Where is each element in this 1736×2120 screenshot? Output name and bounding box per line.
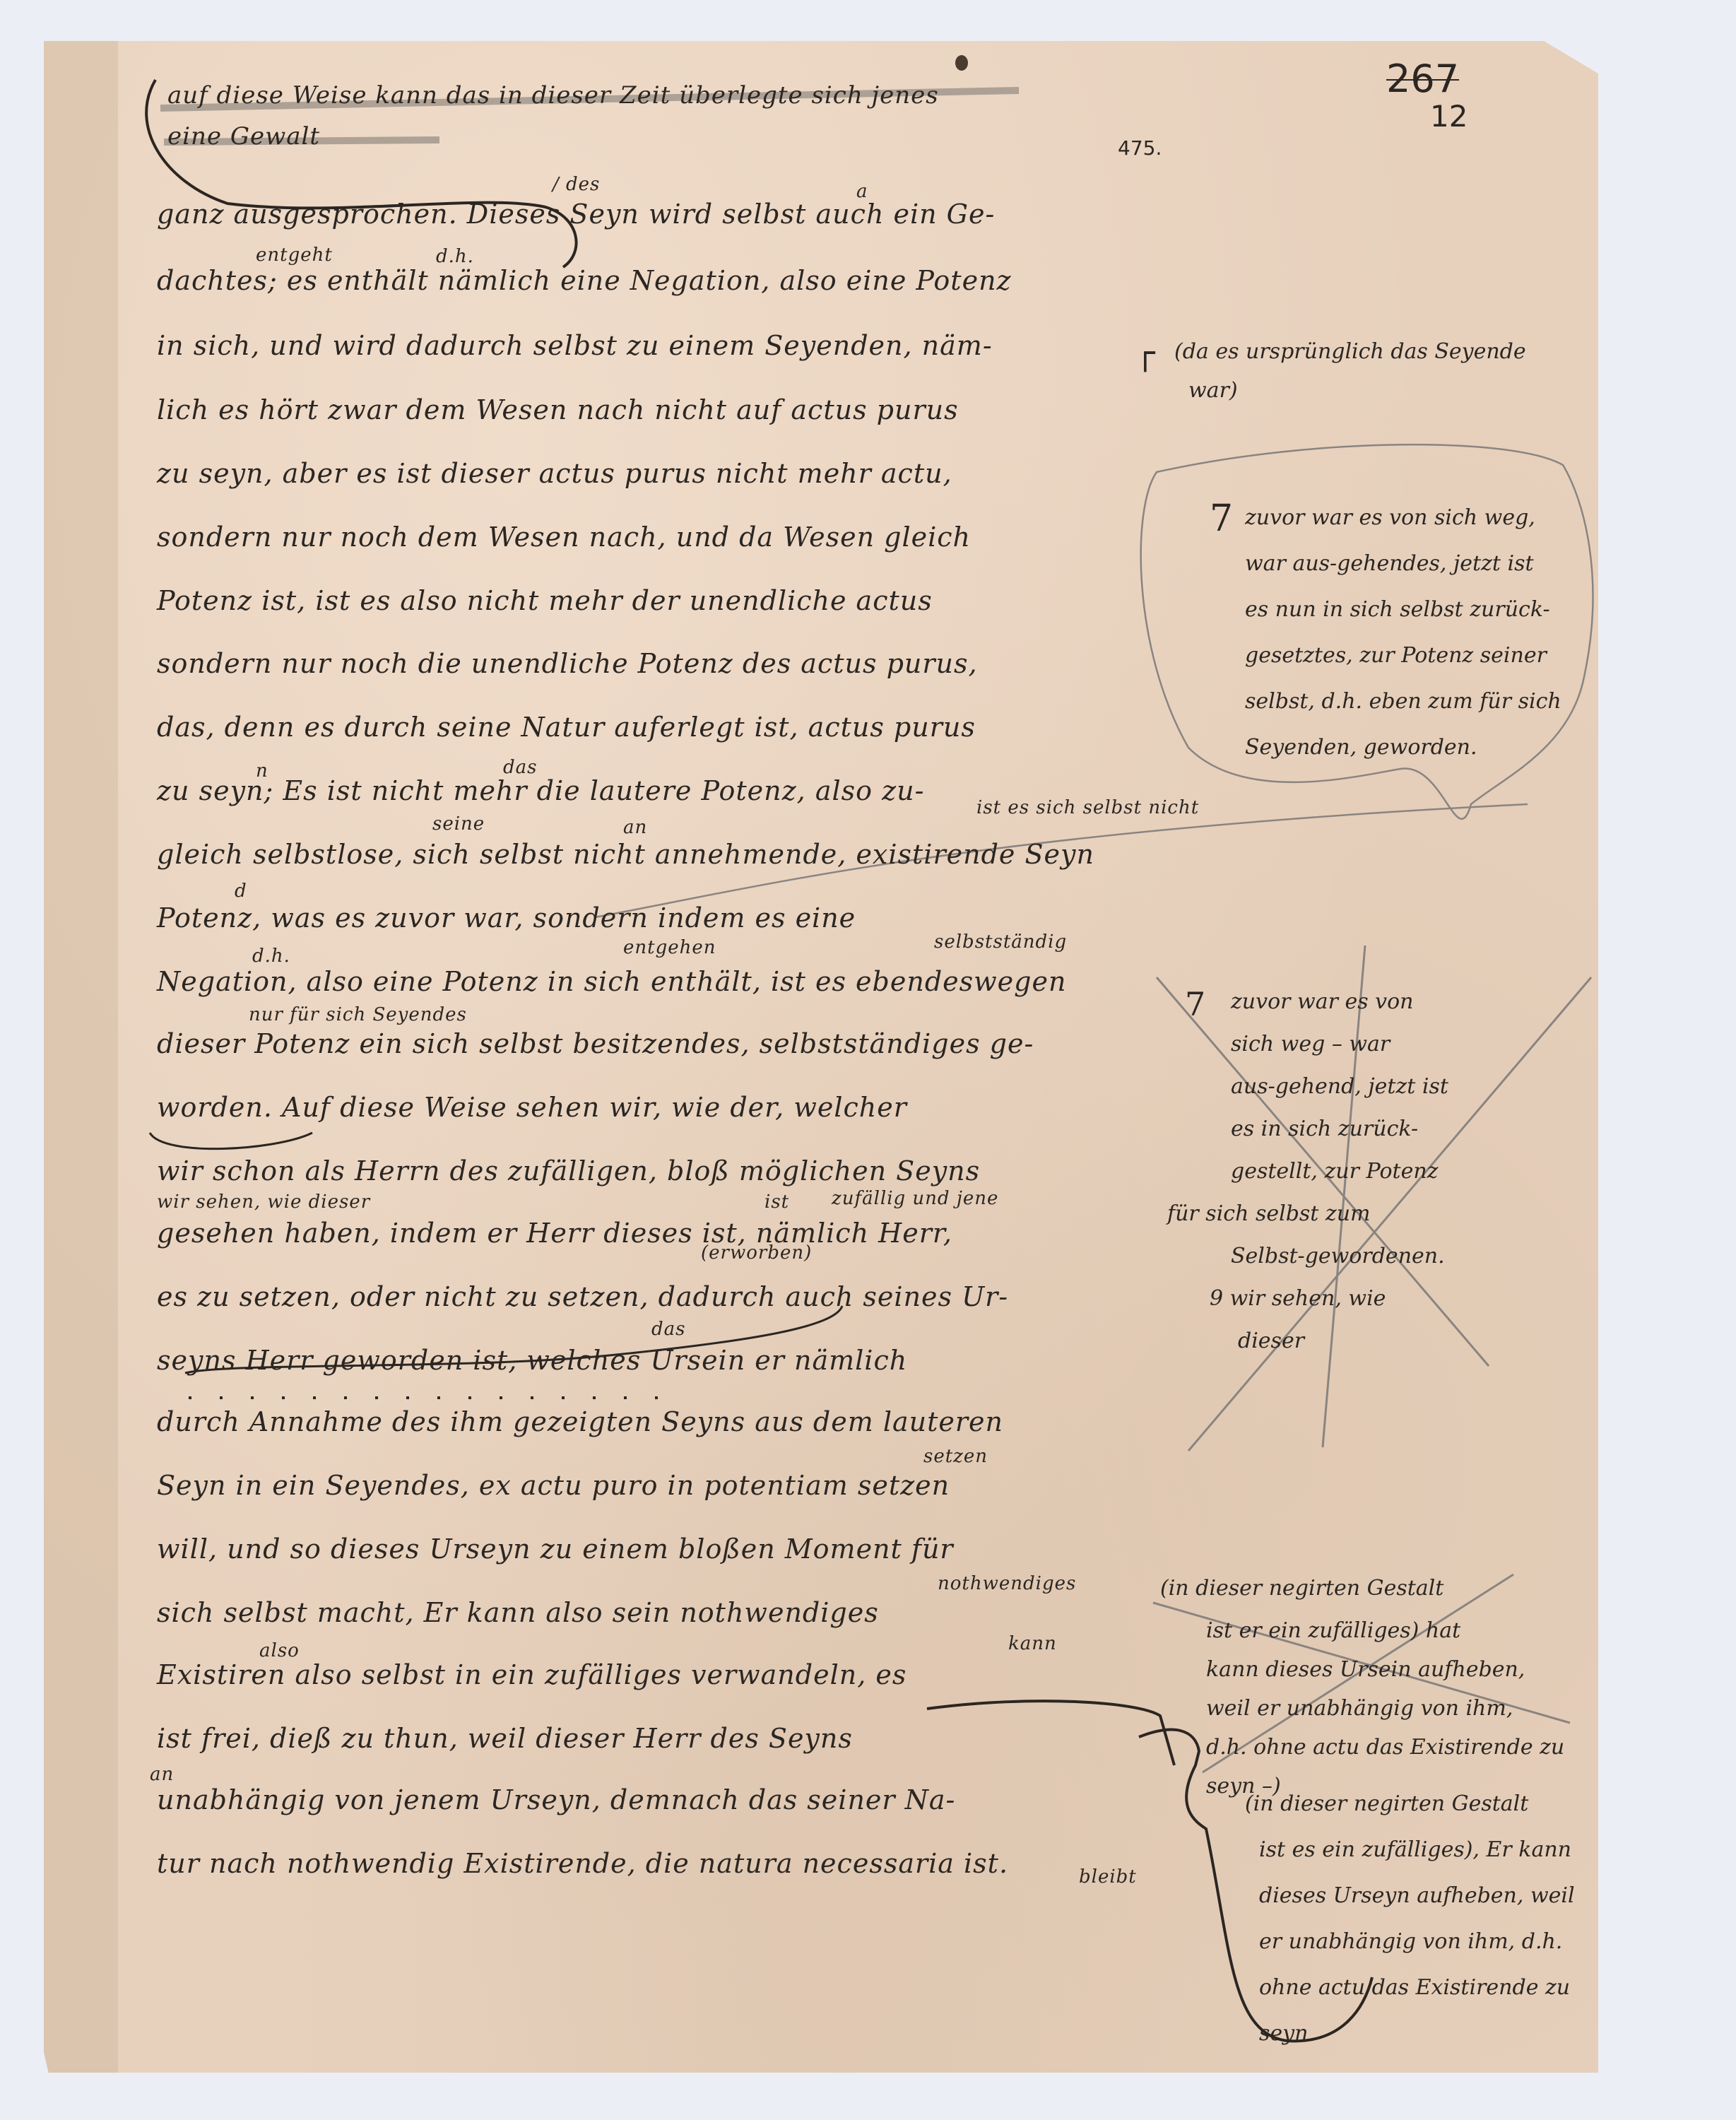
note-line: Selbst-gewordenen. xyxy=(1231,1246,1445,1267)
note-line: war) xyxy=(1188,380,1238,401)
note-line: zuvor war es von sich weg, xyxy=(1245,507,1535,529)
text-line: tur nach nothwendig Existirende, die nat… xyxy=(157,1850,1008,1877)
interlinear-insertion: zufällig und jene xyxy=(832,1189,998,1208)
interlinear-insertion: selbstständig xyxy=(934,933,1067,951)
note-line: es in sich zurück- xyxy=(1231,1119,1418,1140)
note-line: (da es ursprünglich das Seyende xyxy=(1174,341,1526,363)
text-line: wir schon als Herrn des zufälligen, bloß… xyxy=(157,1158,980,1184)
note-line: er unabhängig von ihm, d.h. xyxy=(1259,1931,1562,1953)
folio-number: 12 xyxy=(1430,99,1468,134)
struck-header-line: eine Gewalt xyxy=(167,124,320,148)
text-line: Seyn in ein Seyendes, ex actu puro in po… xyxy=(157,1472,950,1499)
note-line: ohne actu das Existirende zu xyxy=(1259,1977,1570,1998)
text-line: ist frei, dieß zu thun, weil dieser Herr… xyxy=(157,1725,853,1752)
note-line: für sich selbst zum xyxy=(1167,1203,1370,1225)
text-line: Existiren also selbst in ein zufälliges … xyxy=(157,1661,907,1688)
note-line: d.h. ohne actu das Existirende zu xyxy=(1206,1737,1564,1758)
interlinear-insertion: ist xyxy=(764,1193,789,1211)
interlinear-insertion: ist es sich selbst nicht xyxy=(976,799,1199,817)
note-line: weil er unabhängig von ihm, xyxy=(1206,1698,1513,1719)
note-line: gestellt, zur Potenz xyxy=(1231,1161,1438,1182)
text-line: ganz ausgesprochen. Dieses Seyn wird sel… xyxy=(157,201,995,228)
text-line: sondern nur noch die unendliche Potenz d… xyxy=(157,650,978,677)
text-line: gleich selbstlose, sich selbst nicht ann… xyxy=(157,841,1094,868)
interlinear-insertion: entgehen xyxy=(623,938,716,957)
interlinear-insertion: a xyxy=(856,182,868,201)
binding-hole xyxy=(955,55,968,71)
interlinear-insertion: (erworben) xyxy=(701,1244,812,1262)
interlinear-insertion: wir sehen, wie dieser xyxy=(157,1193,370,1211)
text-line: will, und so dieses Urseyn zu einem bloß… xyxy=(157,1536,954,1562)
note-line: (in dieser negirten Gestalt xyxy=(1245,1794,1528,1815)
note-line: selbst, d.h. eben zum für sich xyxy=(1245,691,1561,712)
text-line: in sich, und wird dadurch selbst zu eine… xyxy=(157,332,993,359)
interlinear-insertion: nothwendiges xyxy=(938,1574,1076,1593)
text-line: gesehen haben, indem er Herr dieses ist,… xyxy=(157,1220,952,1247)
text-line: durch Annahme des ihm gezeigten Seyns au… xyxy=(157,1408,1003,1435)
text-line: zu seyn; Es ist nicht mehr die lautere P… xyxy=(157,777,924,804)
note-line: Seyenden, geworden. xyxy=(1245,737,1477,758)
text-line: dachtes; es enthält nämlich eine Negatio… xyxy=(157,267,1012,294)
interlinear-insertion: das xyxy=(651,1320,686,1338)
text-line: Negation, also eine Potenz in sich enthä… xyxy=(157,968,1066,995)
struck-header-line: auf diese Weise kann das in dieser Zeit … xyxy=(167,83,939,107)
note-line: 9 wir sehen, wie xyxy=(1210,1288,1386,1309)
note-line: aus-gehend, jetzt ist xyxy=(1231,1076,1448,1097)
interlinear-insertion: / des xyxy=(553,175,600,194)
interlinear-insertion: bleibt xyxy=(1079,1868,1137,1886)
interlinear-insertion: d.h. xyxy=(252,947,290,965)
insertion-marker: 7 xyxy=(1185,988,1205,1020)
interlinear-insertion: n xyxy=(256,762,268,780)
text-line: worden. Auf diese Weise sehen wir, wie d… xyxy=(157,1094,907,1121)
interlinear-insertion: das xyxy=(503,758,538,777)
text-line: Potenz, was es zuvor war, sondern indem … xyxy=(157,905,856,931)
note-line: dieser xyxy=(1238,1331,1304,1352)
text-line: seyns Herr geworden ist, welches Ursein … xyxy=(157,1347,907,1374)
text-line: das, denn es durch seine Natur auferlegt… xyxy=(157,714,976,741)
note-line: zuvor war es von xyxy=(1231,991,1413,1013)
text-line: lich es hört zwar dem Wesen nach nicht a… xyxy=(157,396,959,423)
text-line: Potenz ist, ist es also nicht mehr der u… xyxy=(157,587,933,614)
interlinear-insertion: kann xyxy=(1008,1635,1057,1653)
insertion-marker: 7 xyxy=(1210,500,1233,537)
text-line: unabhängig von jenem Urseyn, demnach das… xyxy=(157,1786,955,1813)
interlinear-insertion: an xyxy=(623,818,647,837)
interlinear-insertion: an xyxy=(150,1765,174,1784)
interlinear-insertion: entgeht xyxy=(256,246,333,264)
note-line: sich weg – war xyxy=(1231,1034,1390,1055)
folio-struck-number: 267 xyxy=(1386,57,1459,101)
note-line: kann dieses Ursein aufheben, xyxy=(1206,1659,1525,1680)
note-line: es nun in sich selbst zurück- xyxy=(1245,599,1550,620)
note-line: (in dieser negirten Gestalt xyxy=(1160,1578,1443,1599)
manuscript-sheet: 6 267 12 475. auf diese Weise kann das i… xyxy=(44,41,1598,2073)
archive-number: 475. xyxy=(1118,136,1162,160)
text-line: zu seyn, aber es ist dieser actus purus … xyxy=(157,460,952,487)
note-line: ist er ein zufälliges) hat xyxy=(1206,1620,1460,1642)
text-line: dieser Potenz ein sich selbst besitzende… xyxy=(157,1030,1034,1057)
interlinear-insertion: d.h. xyxy=(436,247,474,266)
note-line: gesetztes, zur Potenz seiner xyxy=(1245,645,1547,666)
interlinear-insertion: setzen xyxy=(923,1447,988,1466)
folio-pencil-number: 6 xyxy=(1593,28,1613,66)
note-line: seyn xyxy=(1259,2023,1308,2044)
text-line: es zu setzen, oder nicht zu setzen, dadu… xyxy=(157,1283,1008,1310)
interlinear-insertion: also xyxy=(259,1642,300,1660)
interlinear-insertion: nur für sich Seyendes xyxy=(249,1006,467,1024)
note-line: war aus-gehendes, jetzt ist xyxy=(1245,553,1534,575)
note-line: ist es ein zufälliges), Er kann xyxy=(1259,1839,1571,1861)
text-line: sondern nur noch dem Wesen nach, und da … xyxy=(157,524,971,550)
insertion-marker: ┌ xyxy=(1135,336,1155,369)
interlinear-insertion: seine xyxy=(432,815,485,833)
interlinear-insertion: d xyxy=(235,882,247,900)
note-line: dieses Urseyn aufheben, weil xyxy=(1259,1885,1575,1907)
text-line: sich selbst macht, Er kann also sein not… xyxy=(157,1599,879,1626)
